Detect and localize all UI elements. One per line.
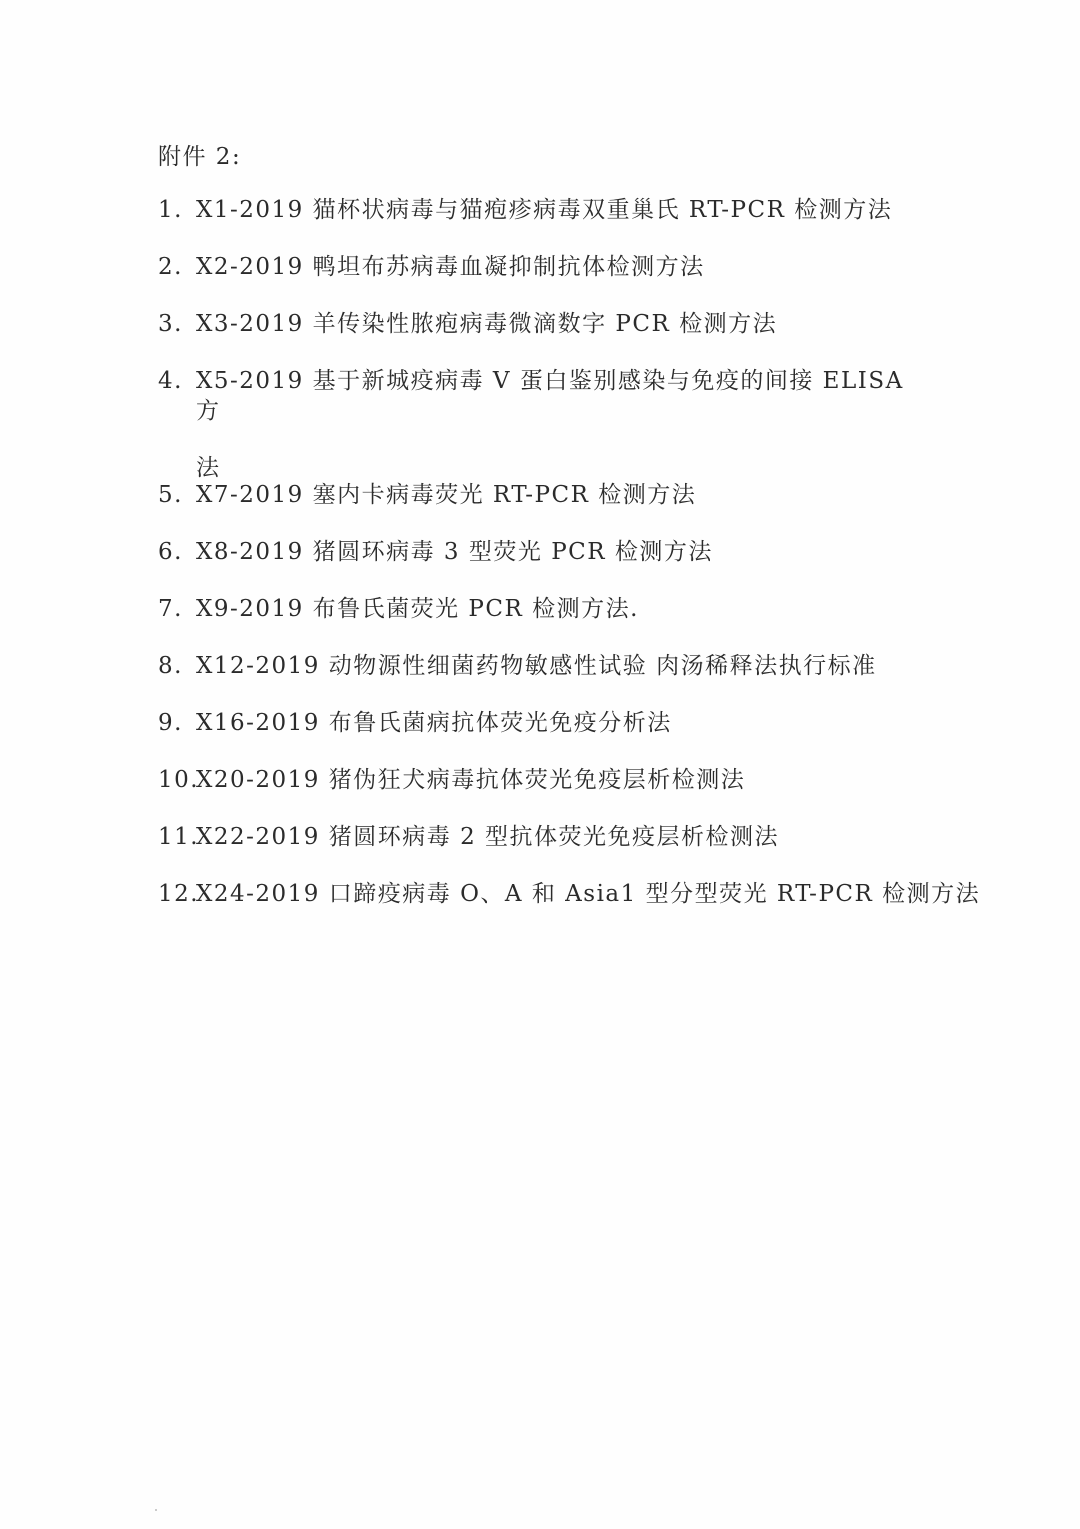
attachment-heading: 附件 2: <box>158 138 241 171</box>
item-text: X5-2019 基于新城疫病毒 V 蛋白鉴别感染与免疫的间接 ELISA 方 <box>196 368 904 424</box>
list-item: 1. X1-2019 猫杯状病毒与猫疱疹病毒双重巢氏 RT-PCR 检测方法 <box>158 195 980 252</box>
item-text: X20-2019 猪伪狂犬病毒抗体荧光免疫层析检测法 <box>196 765 745 795</box>
list-item: 3. X3-2019 羊传染性脓疱病毒微滴数字 PCR 检测方法 <box>158 309 980 366</box>
item-number: 1. <box>158 195 196 225</box>
list-item: 12. X24-2019 口蹄疫病毒 O、A 和 Asia1 型分型荧光 RT-… <box>158 879 980 936</box>
item-text: X22-2019 猪圆环病毒 2 型抗体荧光免疫层析检测法 <box>196 822 779 852</box>
document-page: 附件 2: 1. X1-2019 猫杯状病毒与猫疱疹病毒双重巢氏 RT-PCR … <box>0 0 1080 1529</box>
item-number: 8. <box>158 651 196 681</box>
item-number: 9. <box>158 708 196 738</box>
item-text: X24-2019 口蹄疫病毒 O、A 和 Asia1 型分型荧光 RT-PCR … <box>196 879 980 909</box>
item-text: X7-2019 塞内卡病毒荧光 RT-PCR 检测方法 <box>196 480 696 510</box>
item-text: X2-2019 鸭坦布苏病毒血凝抑制抗体检测方法 <box>196 252 705 282</box>
list-item: 2. X2-2019 鸭坦布苏病毒血凝抑制抗体检测方法 <box>158 252 980 309</box>
item-text: X12-2019 动物源性细菌药物敏感性试验 肉汤稀释法执行标准 <box>196 651 877 681</box>
item-number: 2. <box>158 252 196 282</box>
item-number: 12. <box>158 879 196 909</box>
item-number: 5. <box>158 480 196 510</box>
item-number: 11. <box>158 822 196 852</box>
item-number: 3. <box>158 309 196 339</box>
item-text: X8-2019 猪圆环病毒 3 型荧光 PCR 检测方法 <box>196 537 713 567</box>
item-number: 4. <box>158 366 196 396</box>
item-text-continuation: 法 <box>196 453 916 483</box>
list-item: 11. X22-2019 猪圆环病毒 2 型抗体荧光免疫层析检测法 <box>158 822 980 879</box>
list-item: 7. X9-2019 布鲁氏菌荧光 PCR 检测方法. <box>158 594 980 651</box>
list-item: 10. X20-2019 猪伪狂犬病毒抗体荧光免疫层析检测法 <box>158 765 980 822</box>
list-item: 8. X12-2019 动物源性细菌药物敏感性试验 肉汤稀释法执行标准 <box>158 651 980 708</box>
item-number: 6. <box>158 537 196 567</box>
list-item: 4. X5-2019 基于新城疫病毒 V 蛋白鉴别感染与免疫的间接 ELISA … <box>158 366 980 480</box>
item-text: X3-2019 羊传染性脓疱病毒微滴数字 PCR 检测方法 <box>196 309 777 339</box>
standards-list: 1. X1-2019 猫杯状病毒与猫疱疹病毒双重巢氏 RT-PCR 检测方法 2… <box>158 195 980 936</box>
scan-speck <box>155 1509 157 1511</box>
item-text: X16-2019 布鲁氏菌病抗体荧光免疫分析法 <box>196 708 672 738</box>
list-item: 5. X7-2019 塞内卡病毒荧光 RT-PCR 检测方法 <box>158 480 980 537</box>
item-text-wrapper: X5-2019 基于新城疫病毒 V 蛋白鉴别感染与免疫的间接 ELISA 方 法 <box>196 366 916 483</box>
item-text: X1-2019 猫杯状病毒与猫疱疹病毒双重巢氏 RT-PCR 检测方法 <box>196 195 892 225</box>
item-number: 10. <box>158 765 196 795</box>
list-item: 9. X16-2019 布鲁氏菌病抗体荧光免疫分析法 <box>158 708 980 765</box>
item-number: 7. <box>158 594 196 624</box>
list-item: 6. X8-2019 猪圆环病毒 3 型荧光 PCR 检测方法 <box>158 537 980 594</box>
item-text: X9-2019 布鲁氏菌荧光 PCR 检测方法. <box>196 594 639 624</box>
